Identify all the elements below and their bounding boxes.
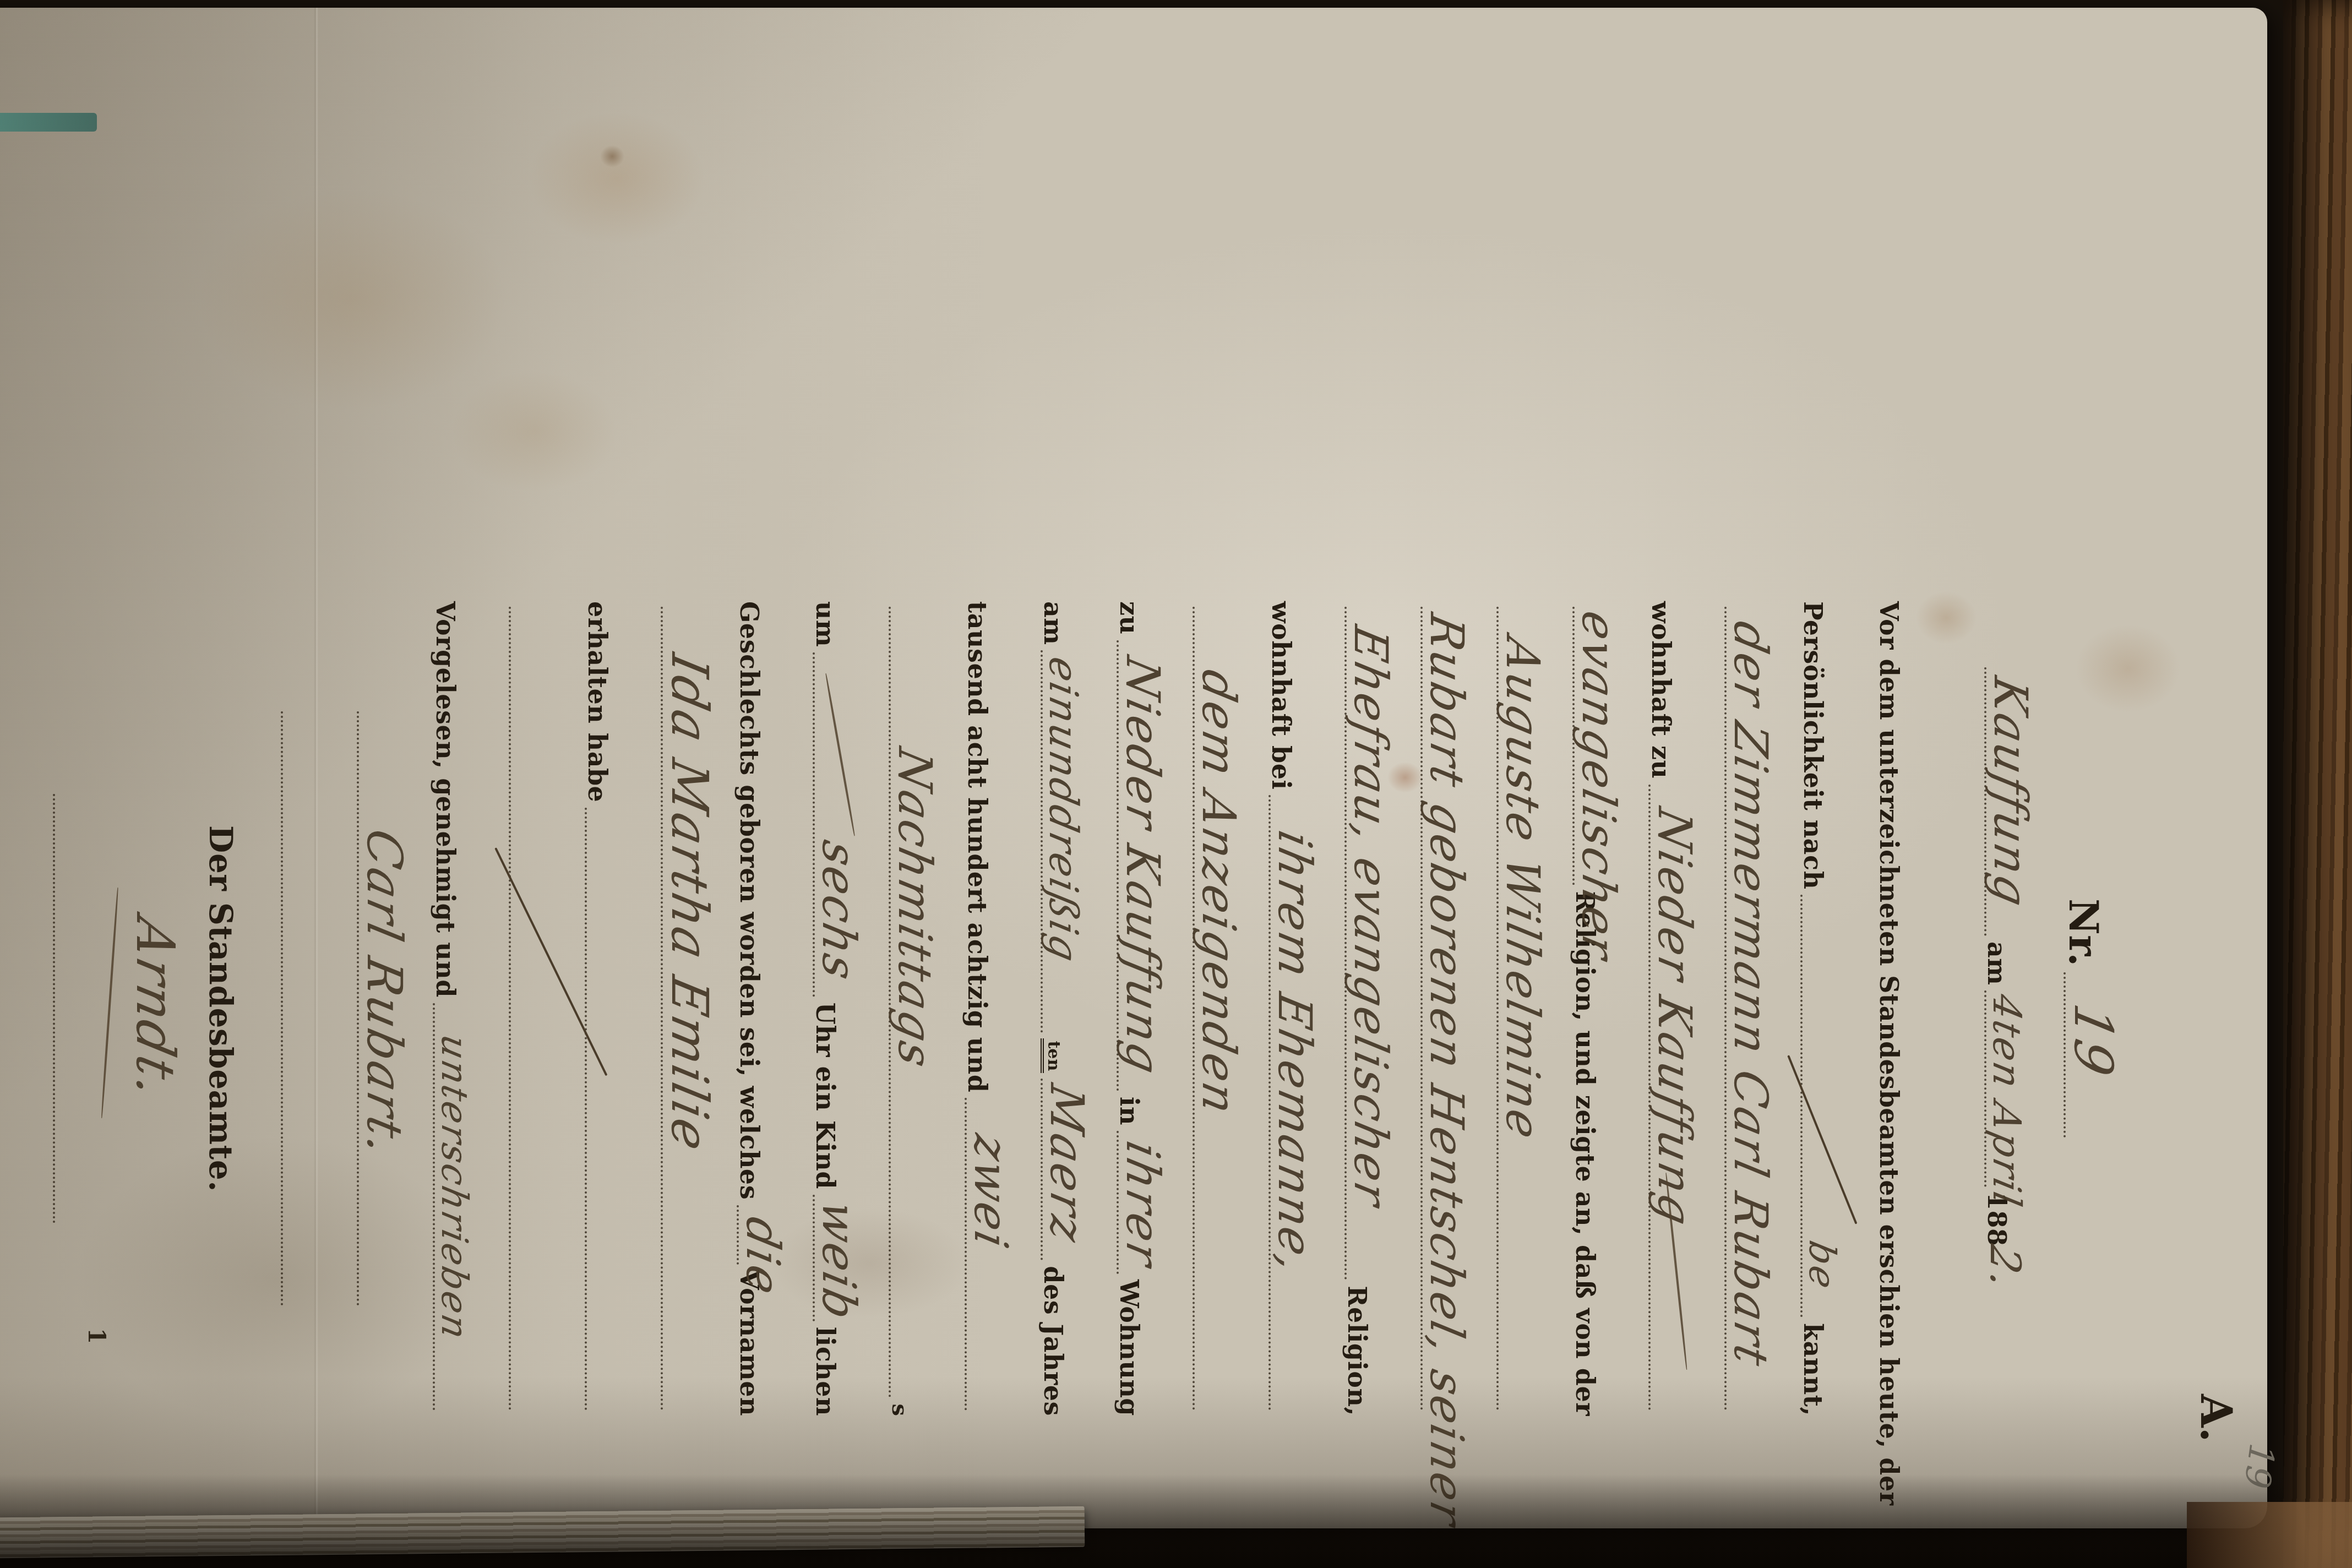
informant-signature-row: Carl Rubart. (342, 706, 418, 1311)
handwritten-entry: dem Anzeigenden (1196, 666, 1242, 1119)
printed-text: Persönlichkeit nach (1800, 601, 1826, 889)
printed-text: des Jahres (1041, 1266, 1066, 1416)
wood-corner (2187, 1502, 2352, 1568)
form-line-blank (494, 601, 570, 1416)
handwritten-mother-names: Auguste Wilhelmine (1500, 634, 1546, 1144)
dotted-fill: der Zimmermann Carl Rubart (1724, 607, 1730, 1411)
handwritten-entry: be (1804, 1238, 1840, 1293)
form-line-sex: Geschlechts geboren worden sei, welches … (722, 601, 798, 1416)
dotted-fill: Maerz (1041, 1079, 1046, 1260)
dotted-fill: Ida Martha Emilie (661, 607, 666, 1411)
handwritten-year-word: zwei (968, 1131, 1014, 1254)
dotted-fill (53, 794, 58, 1223)
handwritten-child-names: Ida Martha Emilie (664, 650, 715, 1156)
dotted-fill: Ehefrau, evangelischer (1344, 607, 1350, 1280)
form-line-birthdate: am einunddreißig ten Maerz des Jahres (1026, 601, 1102, 1416)
dotted-fill: Auguste Wilhelmine (1496, 607, 1502, 1411)
form-line-mother-surname: Rubart geborenen Hentschel, seiner (1406, 601, 1482, 1416)
form-body: Vor dem unterzeichneten Standesbeamten e… (39, 601, 2120, 1416)
informant-signature: Carl Rubart. (360, 825, 409, 1161)
blank-dotted-row (39, 706, 115, 1311)
handwritten-mother-surname: Rubart geborenen Hentschel, seiner (1424, 610, 1470, 1531)
dotted-fill: dem Anzeigenden (1193, 607, 1198, 1411)
birth-register-document: 19 A. Nr. 19 Kauffung am 4ten April 188 … (28, 7, 2285, 1537)
handwritten-article: die (740, 1213, 786, 1300)
dotted-fill: evangelischer (1572, 607, 1578, 885)
form-line-mother-names: Auguste Wilhelmine (1482, 601, 1558, 1416)
form-line-birthplace: zu Nieder Kauffung in ihrer Wohnung (1102, 601, 1178, 1416)
printed-text: Religion, und zeigte an, daß von der (1572, 891, 1598, 1416)
printed-text: Wohnung (1117, 1280, 1142, 1416)
binding-shadow (0, 1474, 2352, 1568)
form-line-daytime: Nachmittags s (874, 601, 950, 1416)
dotted-fill (585, 808, 590, 1411)
form-line-mother-residence2: dem Anzeigenden (1178, 601, 1254, 1416)
corner-letter: A. (2191, 1394, 2241, 1442)
handwritten-birth-day: einunddreißig (1044, 654, 1084, 967)
registrar-signature-row: Arndt. (115, 706, 190, 1311)
dotted-fill: Nieder Kauffung (1117, 640, 1122, 1091)
handwritten-entry: Ehefrau, evangelischer (1348, 622, 1394, 1211)
bottom-page-number: 1 (83, 1328, 110, 1344)
form-line-residence: wohnhaft zu Nieder Kauffung (1634, 601, 1710, 1416)
printed-text: Geschlechts geboren worden sei, welches (737, 601, 762, 1200)
dotted-fill: Carl Rubart. (357, 711, 362, 1306)
dotted-fill: unterschrieben (433, 1003, 438, 1411)
handwritten-informant: der Zimmermann Carl Rubart (1728, 618, 1774, 1371)
form-line-religion-mother: Ehefrau, evangelischer Religion, (1330, 601, 1406, 1416)
printed-text: am (1041, 601, 1066, 645)
printed-text: wohnhaft bei (1268, 601, 1294, 790)
printed-text: lichen (813, 1327, 838, 1416)
dotted-fill: Nachmittags (889, 607, 894, 1398)
registrar-title-row: Der Standesbeamte. (190, 706, 266, 1311)
dotted-fill: Rubart geborenen Hentschel, seiner (1420, 607, 1426, 1411)
form-line-informant: der Zimmermann Carl Rubart (1710, 601, 1786, 1416)
dotted-fill (509, 607, 514, 1411)
blank-dotted-row (266, 706, 342, 1311)
form-line-child-names: Ida Martha Emilie (646, 601, 722, 1416)
dotted-fill: weib (813, 1195, 818, 1321)
slash-stroke (1787, 1055, 1857, 1224)
handwritten-unterschrieben: unterschrieben (436, 1032, 472, 1344)
form-line-vorgelesen: Vorgelesen, genehmigt und unterschrieben (418, 601, 494, 1416)
printed-text: Religion, (1344, 1286, 1370, 1416)
printed-text: um (813, 601, 838, 647)
handwritten-entry: ihrer (1120, 1137, 1166, 1272)
printed-text: zu (1117, 601, 1142, 635)
form-line-identity: Persönlichkeit nach be kannt, (1786, 601, 1862, 1416)
signature-block: Vorgelesen, genehmigt und unterschrieben… (39, 601, 494, 1416)
form-line-mother-residence: wohnhaft bei ihrem Ehemanne, (1254, 601, 1330, 1416)
handwritten-residence: Nieder Kauffung (1652, 804, 1698, 1231)
dotted-fill: zwei (965, 1098, 970, 1411)
printed-text: Uhr ein Kind (813, 1003, 838, 1189)
dotted-fill: Nieder Kauffung (1648, 785, 1654, 1411)
dotted-fill: ihrem Ehemanne, (1268, 795, 1274, 1411)
dotted-fill: be (1800, 895, 1806, 1317)
printed-text: wohnhaft zu (1648, 601, 1674, 779)
printed-text: kannt, (1800, 1323, 1826, 1416)
printed-ten-suffix: ten (1041, 1038, 1063, 1073)
form-line-erhalten: erhalten habe (570, 601, 646, 1416)
dotted-fill (281, 711, 286, 1306)
dotted-fill: ihrer (1117, 1131, 1122, 1274)
handwritten-daytime: Nachmittags (892, 744, 938, 1073)
form-line-appearance: Vor dem unterzeichneten Standesbeamten e… (1862, 601, 1938, 1416)
handwritten-religion: evangelischer (1576, 607, 1622, 965)
register-photo: 19 A. Nr. 19 Kauffung am 4ten April 188 … (0, 0, 2352, 1568)
dotted-fill: sechs (813, 652, 818, 997)
printed-text: Vorgelesen, genehmigt und (433, 601, 458, 998)
handwritten-hour: sechs (816, 837, 862, 986)
handwritten-sex: weib (816, 1197, 862, 1325)
printed-text: tausend acht hundert achtzig und (965, 601, 990, 1092)
printed-text: erhalten habe (585, 601, 610, 802)
wood-table-edge (2283, 0, 2352, 1568)
pen-flourish (825, 673, 856, 836)
form-line-year: tausend acht hundert achtzig und zwei (950, 601, 1026, 1416)
printed-text: s (889, 1403, 911, 1416)
printed-text: in (1117, 1097, 1142, 1125)
printed-text: Vor dem unterzeichneten Standesbeamten e… (1876, 601, 1902, 1416)
handwritten-entry: ihrem Ehemanne, (1272, 827, 1318, 1278)
dotted-fill: einunddreißig (1041, 650, 1046, 1033)
registrar-title: Der Standesbeamte. (205, 825, 237, 1192)
dotted-fill: die (737, 1205, 742, 1265)
form-line-hour: um sechs Uhr ein Kind weib lichen (798, 601, 874, 1416)
handwritten-entry: Nieder Kauffung (1120, 653, 1166, 1079)
registrar-signature: Arndt. (129, 913, 182, 1104)
handwritten-birth-month: Maerz (1044, 1081, 1090, 1248)
form-line-religion-informant: evangelischer Religion, und zeigte an, d… (1558, 601, 1634, 1416)
